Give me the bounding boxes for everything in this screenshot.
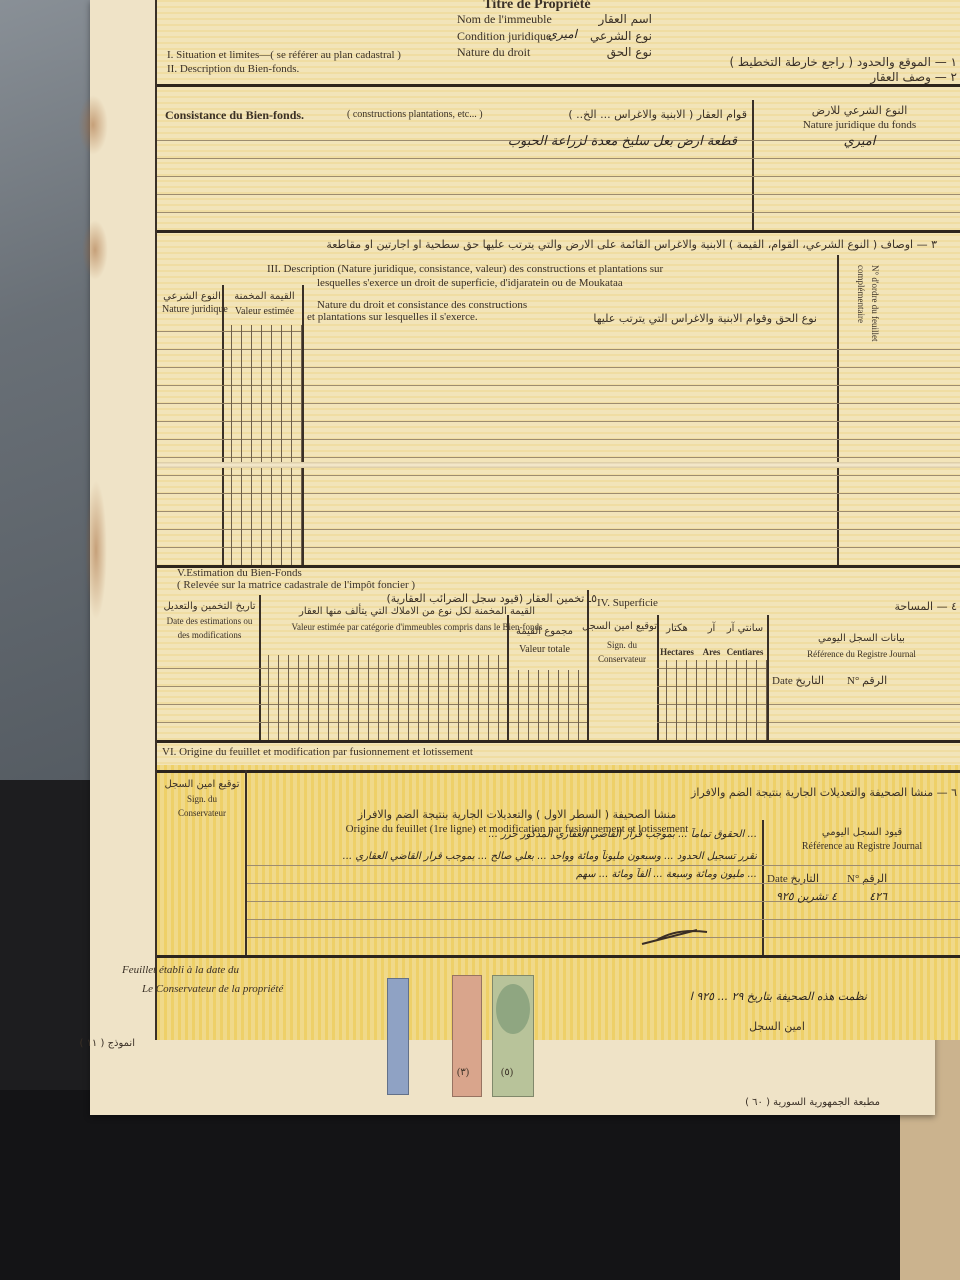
col-ha-ar: هكتار [657,622,697,636]
section2-ar: ٢ — وصف العقار [757,70,957,84]
col-date-label: Date التاريخ [772,674,824,688]
water-stain [78,95,108,155]
col-value-ar: القيمة المخمنة [227,290,302,304]
footer-ar-1: نظمت هذه الصحيفة بتاريخ ٢٩ ... ٩٢٥ ا [577,990,867,1004]
col-total-fr: Valeur totale [507,643,582,657]
section1-ar: ١ — الموقع والحدود ( راجع خارطة التخطيط … [657,55,957,69]
section5-fr-sub: ( Relevée sur la matrice cadastrale de l… [177,578,415,592]
model-number: انموذج ( ١١ ) [75,1037,135,1051]
background-table-surface [0,1090,960,1280]
estimation-grid [259,655,507,740]
divider [157,84,960,87]
section4-ar-title: ٤ — المساحة [817,600,957,614]
section6-ar-title: ٦ — منشا الصحيفة والتعديلات الجارية بنتي… [457,786,957,800]
col-ca-ar: سانتي آر [725,622,765,636]
section3-fr-2: lesquelles s'exerce un droit de superfic… [317,276,623,290]
consistance-entry: قطعة ارض بعل سليخ معدة لزراعة الحبوب [477,135,737,149]
divider [157,740,960,743]
section3-ar: ٣ — اوصاف ( النوع الشرعي، القوام، القيمة… [177,238,937,252]
col-nature-fr: Nature juridique [162,303,222,317]
col-ares-fr: Ares [699,645,724,659]
col-value-fr: Valeur estimée [227,305,302,319]
document-title: Titre de Propriété [437,0,637,12]
sign-ar: توقيع امين السجل [162,778,242,792]
water-stain [85,480,107,620]
ref-rows [769,690,960,740]
col-date-fr: Date des estimations ou des modification… [162,614,257,642]
field-nom-fr: Nom de l'immeuble [457,12,552,26]
divider [157,770,960,773]
footer-ar-2: امين السجل [727,1020,827,1034]
form-body: Titre de Propriété Nom de l'immeuble اسم… [155,0,960,1040]
col-feuillet-fr: N° d'ordre du feuillet complémentaire [842,265,882,345]
water-stain [82,220,108,280]
handwritten-line-3: ... مليون ومائة وسبعة ... ألفاً ومائة ..… [252,868,757,882]
total-grid [509,670,587,740]
col-date-ar: تاريخ التخمين والتعديل [162,600,257,614]
col-sign-ar: توقيع امين السجل [587,620,657,634]
col-ares-ar: آر [699,622,724,636]
nature-fonds-ar: النوع الشرعي للارض [762,104,957,118]
col-ref-ar: بيانات السجل اليومي [769,632,954,646]
blue-revenue-stamp [387,978,409,1095]
section5-ar-title: ٥ـ تخمين العقار (قيود سجل الضرائب العقار… [457,592,597,606]
col-nature-ar: النوع الشرعي [162,290,222,304]
footer-fr-2: Le Conservateur de la propriété [142,982,283,996]
col-val-ar: القيمة المخمنة لكل نوع من الاملاك التي ي… [267,605,567,619]
section4-fr-title: IV. Superficie [597,596,658,610]
origin-ar: منشا الصحيفة ( السطر الاول ) والتعديلات … [277,808,757,822]
green-revenue-stamp: (٥) [492,975,534,1097]
superficie-grid [657,660,767,740]
entry-no: ٤٢٦ [847,890,887,904]
divider [157,230,960,233]
entry-date: ٤ تشرين ٩٢٥ [767,890,837,904]
consistance-label: Consistance du Bien-fonds. [165,108,304,122]
section3-fr-1: III. Description (Nature juridique, cons… [267,262,663,276]
droit-rows [304,340,960,565]
sign-fr: Sign. du Conservateur [162,792,242,820]
consistance-entry-nature: اميري [762,135,957,149]
handwritten-line-2: تقرر تسجيل الحدود ... وسبعون مليوناً وما… [252,850,757,864]
paper-fold [157,462,960,468]
section2-fr: II. Description du Bien-fonds. [167,62,299,76]
handwritten-line-1: ... الحقوق تماماً ... بموجب قرار القاضي … [252,828,757,842]
date-rows [157,655,259,740]
nature-rows [157,325,222,565]
section1-fr: I. Situation et limites—( se référer au … [167,48,401,62]
col-total-ar: مجموع القيمة [507,625,582,639]
consistance-sub: ( constructions plantations, etc... ) [347,108,483,122]
footer-fr-1: Feuillet établi à la date du [122,963,239,977]
col-droit-fr2: et plantations sur lesquelles il s'exerc… [307,310,478,324]
value-grid [222,325,302,565]
pink-revenue-stamp: (٣) [452,975,482,1097]
field-nature-fr: Nature du droit [457,45,530,59]
section6-fr-title: VI. Origine du feuillet et modification … [162,745,473,759]
title-deed-document: Titre de Propriété Nom de l'immeuble اسم… [90,0,935,1115]
col-droit-ar: نوع الحق وقوام الابنية والاغراس التي يتر… [587,312,817,326]
stamp-seal [496,984,530,1034]
col-sign-fr: Sign. du Conservateur [587,638,657,666]
consistance-ar: قوام العقار ( الابنية والاغراس ... الخ..… [537,108,747,122]
signature-icon [637,920,717,950]
field-nature-ar: نوع الحق [552,45,652,59]
col-ref-fr: Référence du Registre Journal [769,647,954,661]
field-condition-value: اميري [537,27,577,41]
field-nom-ar: اسم العقار [552,12,652,26]
col-no-label: N° الرقم [847,674,887,688]
printer-mark: مطبعة الجمهورية السورية ( ٦٠ ) [730,1096,880,1110]
col-ha-fr: Hectares [657,645,697,659]
ref-ar: قيود السجل اليومي [762,826,960,840]
col-ca-fr: Centiares [725,645,765,659]
